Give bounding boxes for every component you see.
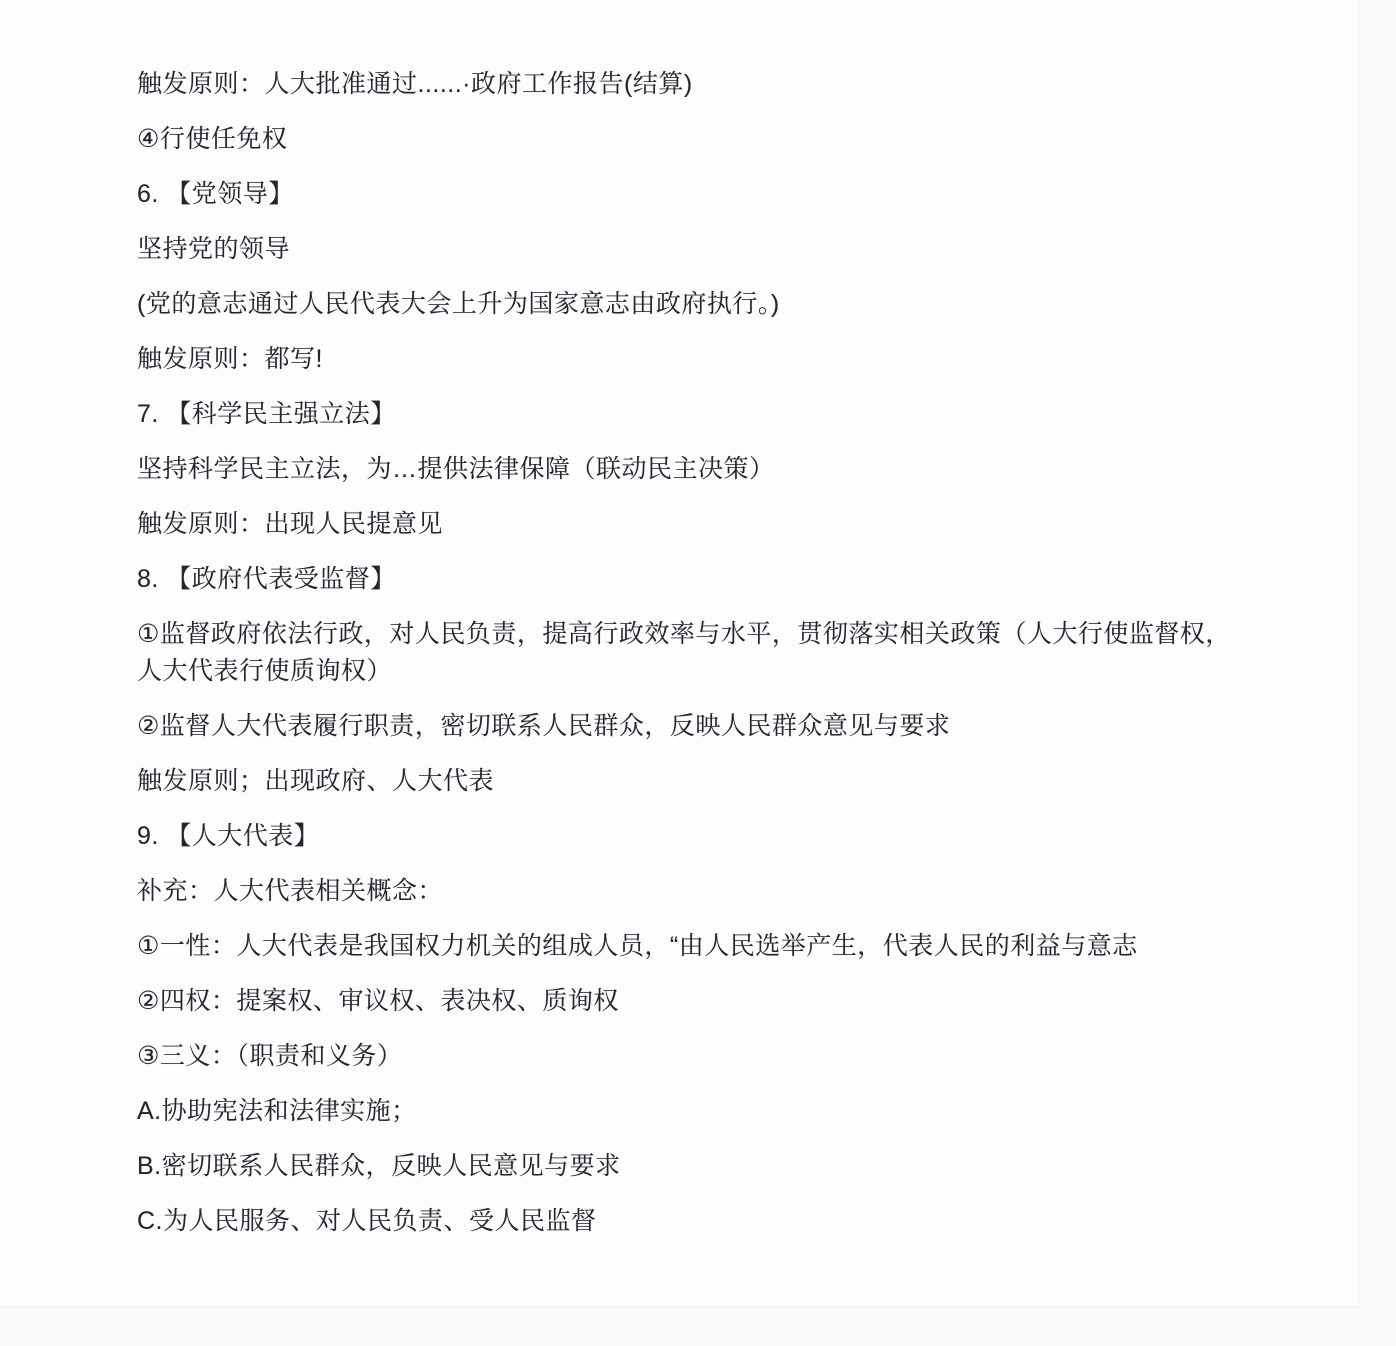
document-paragraph: ③三义：（职责和义务） <box>137 1038 1247 1075</box>
screenshot-viewport: 触发原则：人大批准通过......·政府工作报告(结算)④行使任免权6. 【党领… <box>0 0 1396 1346</box>
document-paragraph: 触发原则：都写! <box>137 341 1247 378</box>
document-paragraph: 9. 【人大代表】 <box>137 818 1247 855</box>
document-paragraph: ①一性：人大代表是我国权力机关的组成人员，“由人民选举产生，代表人民的利益与意志 <box>137 928 1247 965</box>
document-page: 触发原则：人大批准通过......·政府工作报告(结算)④行使任免权6. 【党领… <box>0 0 1358 1306</box>
document-paragraph: 触发原则：出现人民提意见 <box>137 506 1247 543</box>
document-paragraph: B.密切联系人民群众，反映人民意见与要求 <box>137 1148 1247 1185</box>
document-body: 触发原则：人大批准通过......·政府工作报告(结算)④行使任免权6. 【党领… <box>137 66 1247 1258</box>
document-paragraph: 补充：人大代表相关概念： <box>137 873 1247 910</box>
document-paragraph: 6. 【党领导】 <box>137 176 1247 213</box>
document-paragraph: ②监督人大代表履行职责，密切联系人民群众，反映人民群众意见与要求 <box>137 708 1247 745</box>
document-paragraph: 8. 【政府代表受监督】 <box>137 561 1247 598</box>
document-paragraph: A.协助宪法和法律实施； <box>137 1093 1247 1130</box>
document-paragraph: (党的意志通过人民代表大会上升为国家意志由政府执行。) <box>137 286 1247 323</box>
document-paragraph: 坚持科学民主立法，为…提供法律保障（联动民主决策） <box>137 451 1247 488</box>
document-paragraph: 触发原则：人大批准通过......·政府工作报告(结算) <box>137 66 1247 103</box>
document-paragraph: ④行使任免权 <box>137 121 1247 158</box>
document-paragraph: 坚持党的领导 <box>137 231 1247 268</box>
document-paragraph: 7. 【科学民主强立法】 <box>137 396 1247 433</box>
document-paragraph: ①监督政府依法行政，对人民负责，提高行政效率与水平，贯彻落实相关政策（人大行使监… <box>137 616 1247 690</box>
document-paragraph: C.为人民服务、对人民负责、受人民监督 <box>137 1203 1247 1240</box>
document-paragraph: ②四权：提案权、审议权、表决权、质询权 <box>137 983 1247 1020</box>
document-paragraph: 触发原则；出现政府、人大代表 <box>137 763 1247 800</box>
